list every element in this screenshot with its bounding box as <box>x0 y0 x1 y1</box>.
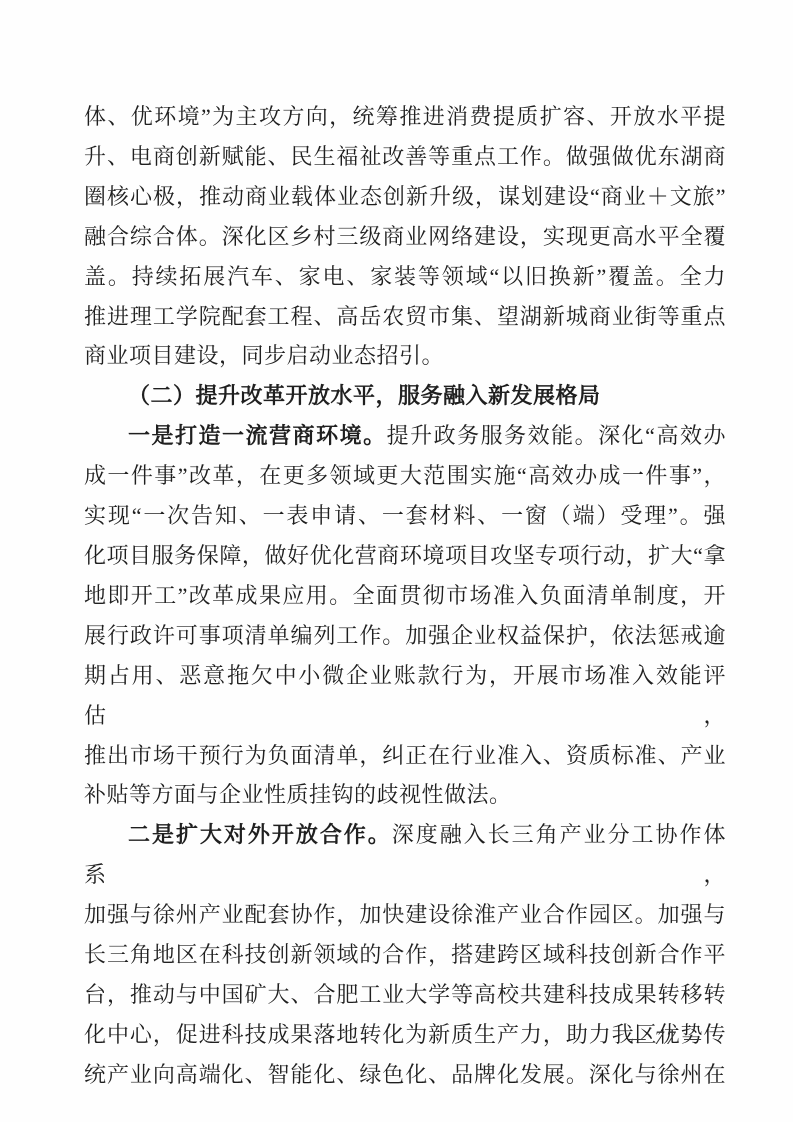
paragraph-lead-bold: 一是打造一流营商环境。 <box>128 423 387 448</box>
line-text: 补贴等方面与企业性质挂钩的歧视性做法。 <box>84 782 512 807</box>
text-line: 体、优环境”为主攻方向，统筹推进消费提质扩容、开放水平提 <box>84 97 726 137</box>
section-heading: （二）提升改革开放水平，服务融入新发展格局 <box>84 376 726 416</box>
paragraph-lead-bold: 二是扩大对外开放合作。 <box>128 822 392 847</box>
text-line: 期占用、恶意拖欠中小微企业账款行为，开展市场准入效能评估， <box>84 656 726 736</box>
text-line: 展行政许可事项清单编列工作。加强企业权益保护，依法惩戒逾 <box>84 616 726 656</box>
line-text: 提升政务服务效能。深化“高效办 <box>387 423 726 448</box>
text-line: 台，推动与中国矿大、合肥工业大学等高校共建科技成果转移转 <box>84 975 726 1015</box>
text-line: 推进理工学院配套工程、高岳农贸市集、望湖新城商业街等重点 <box>84 297 726 337</box>
text-line: 化项目服务保障，做好优化营商环境项目攻坚专项行动，扩大“拿 <box>84 536 726 576</box>
text-line: 融合综合体。深化区乡村三级商业网络建设，实现更高水平全覆 <box>84 217 726 257</box>
line-text: 升、电商创新赋能、民生福祉改善等重点工作。做强做优东湖商 <box>84 144 726 169</box>
text-line: 盖。持续拓展汽车、家电、家装等领域“以旧换新”覆盖。全力 <box>84 257 726 297</box>
line-text: 成一件事”改革，在更多领域更大范围实施“高效办成一件事”， <box>84 463 726 488</box>
line-text: 地即开工”改革成果应用。全面贯彻市场准入负面清单制度，开 <box>84 583 726 608</box>
line-text: 展行政许可事项清单编列工作。加强企业权益保护，依法惩戒逾 <box>84 623 726 648</box>
line-text: （二）提升改革开放水平，服务融入新发展格局 <box>128 383 601 408</box>
text-line: 推出市场干预行为负面清单，纠正在行业准入、资质标准、产业 <box>84 736 726 776</box>
line-text: 推进理工学院配套工程、高岳农贸市集、望湖新城商业街等重点 <box>84 304 726 329</box>
line-text: 期占用、恶意拖欠中小微企业账款行为，开展市场准入效能评估， <box>84 663 726 728</box>
line-text: 盖。持续拓展汽车、家电、家装等领域“以旧换新”覆盖。全力 <box>84 264 726 289</box>
line-text: 加强与徐州产业配套协作，加快建设徐淮产业合作园区。加强与 <box>84 902 726 927</box>
line-text: 长三角地区在科技创新领域的合作，搭建跨区域科技创新合作平 <box>84 942 726 967</box>
text-line: 升、电商创新赋能、民生福祉改善等重点工作。做强做优东湖商 <box>84 137 726 177</box>
line-text: 化项目服务保障，做好优化营商环境项目攻坚专项行动，扩大“拿 <box>84 543 726 568</box>
line-text: 融合综合体。深化区乡村三级商业网络建设，实现更高水平全覆 <box>84 224 726 249</box>
line-text: 推出市场干预行为负面清单，纠正在行业准入、资质标准、产业 <box>84 743 726 768</box>
text-line: 实现“一次告知、一表申请、一套材料、一窗（端）受理”。强 <box>84 496 726 536</box>
page-number: — 77 — <box>629 1028 703 1050</box>
line-text: 圈核心极，推动商业载体业态创新升级，谋划建设“商业＋文旅” <box>84 184 726 209</box>
text-line: 商业项目建设，同步启动业态招引。 <box>84 336 726 376</box>
text-line: 圈核心极，推动商业载体业态创新升级，谋划建设“商业＋文旅” <box>84 177 726 217</box>
line-text: 体、优环境”为主攻方向，统筹推进消费提质扩容、开放水平提 <box>84 104 726 129</box>
text-line: 一是打造一流营商环境。提升政务服务效能。深化“高效办 <box>84 416 726 456</box>
page-body: 体、优环境”为主攻方向，统筹推进消费提质扩容、开放水平提升、电商创新赋能、民生福… <box>84 97 726 1095</box>
text-line: 长三角地区在科技创新领域的合作，搭建跨区域科技创新合作平 <box>84 935 726 975</box>
document-page: 体、优环境”为主攻方向，统筹推进消费提质扩容、开放水平提升、电商创新赋能、民生福… <box>0 0 793 1122</box>
line-text: 台，推动与中国矿大、合肥工业大学等高校共建科技成果转移转 <box>84 982 726 1007</box>
line-text: 商业项目建设，同步启动业态招引。 <box>84 343 444 368</box>
text-line: 成一件事”改革，在更多领域更大范围实施“高效办成一件事”， <box>84 456 726 496</box>
text-line: 补贴等方面与企业性质挂钩的歧视性做法。 <box>84 775 726 815</box>
text-line: 加强与徐州产业配套协作，加快建设徐淮产业合作园区。加强与 <box>84 895 726 935</box>
text-line: 二是扩大对外开放合作。深度融入长三角产业分工协作体系， <box>84 815 726 895</box>
line-text: 统产业向高端化、智能化、绿色化、品牌化发展。深化与徐州在 <box>84 1062 726 1087</box>
line-text: 实现“一次告知、一表申请、一套材料、一窗（端）受理”。强 <box>84 503 726 528</box>
text-line: 统产业向高端化、智能化、绿色化、品牌化发展。深化与徐州在 <box>84 1055 726 1095</box>
text-line: 地即开工”改革成果应用。全面贯彻市场准入负面清单制度，开 <box>84 576 726 616</box>
